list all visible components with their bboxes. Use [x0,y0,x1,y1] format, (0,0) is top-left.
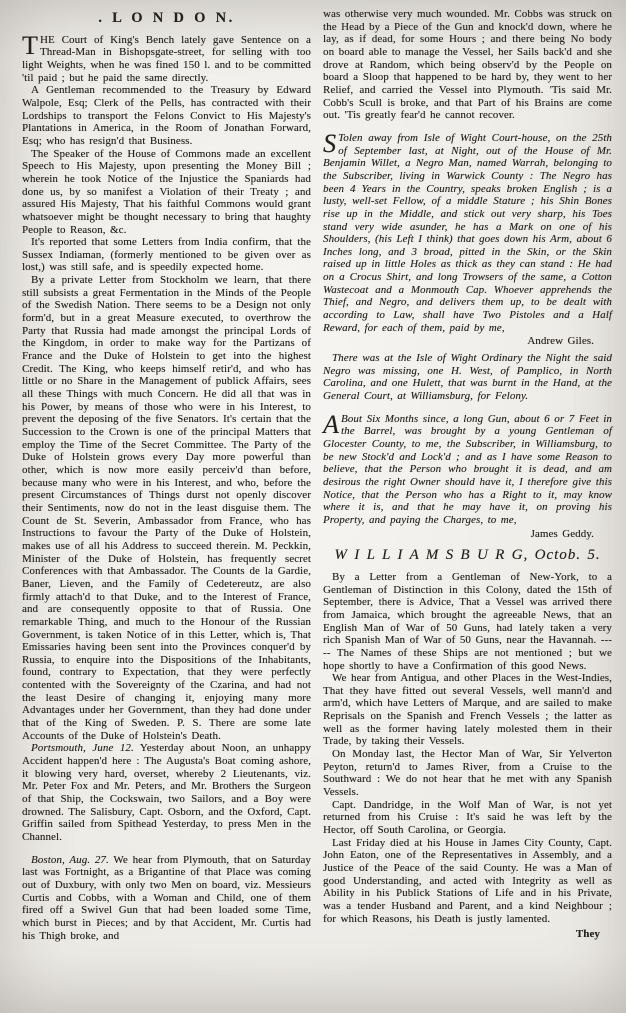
article-kings-bench: THE Court of King's Bench lately gave Se… [22,34,311,85]
williamsburg-heading: W I L L I A M S B U R G, Octob. 5. [323,549,612,562]
article-treasury-contract: A Gentleman recommended to the Treasury … [22,84,311,147]
article-isle-of-wight-ordinary: There was at the Isle of Wight Ordinary … [323,352,612,403]
article-stockholm-letter: By a private Letter from Stockholm we le… [22,274,311,742]
article-john-eaton-obituary: Last Friday died at his House in James C… [323,837,612,926]
dropcap-a: A [323,413,341,435]
article-boston-text: We hear from Plymouth, that on Saturday … [22,854,311,942]
boston-dateline: Boston, Aug. 27. [31,854,109,866]
london-heading: . L O N D O N. [22,12,311,25]
ad-runaway-negro-text: Tolen away from Isle of Wight Court-hous… [323,132,612,334]
right-column: was otherwise very much wounded. Mr. Cob… [323,8,612,1013]
article-hector-return: On Monday last, the Hector Man of War, S… [323,748,612,799]
newspaper-page: . L O N D O N. THE Court of King's Bench… [0,0,626,1013]
article-sussex-indiaman: It's reported that some Letters from Ind… [22,236,311,274]
williamsburg-heading-date: Octob. 5. [528,547,600,563]
article-kings-bench-text: HE Court of King's Bench lately gave Sen… [22,34,311,84]
article-speaker-speech: The Speaker of the House of Commons made… [22,148,311,237]
dropcap-s: S [323,132,338,154]
article-antigua-reprisals: We hear from Antigua, and other Places i… [323,672,612,748]
williamsburg-heading-city: W I L L I A M S B U R G, [334,547,528,563]
dropcap-t: T [22,34,40,56]
article-boston: Boston, Aug. 27. We hear from Plymouth, … [22,854,311,943]
article-cobbs-continuation: was otherwise very much wounded. Mr. Cob… [323,8,612,122]
article-new-york-letter: By a Letter from a Gentleman of New-York… [323,571,612,672]
catchword: They [323,928,612,941]
ad-long-gun-signature: James Geddy. [323,528,612,541]
article-portsmouth-text: Yesterday about Noon, an unhappy Acciden… [22,742,311,843]
ad-long-gun-text: Bout Six Months since, a long Gun, about… [323,413,612,526]
article-dandridge-wolf: Capt. Dandridge, in the Wolf Man of War,… [323,799,612,837]
left-column: . L O N D O N. THE Court of King's Bench… [22,8,311,1013]
ad-runaway-signature: Andrew Giles. [323,335,612,348]
portsmouth-dateline: Portsmouth, June 12. [31,742,134,754]
article-portsmouth: Portsmouth, June 12. Yesterday about Noo… [22,742,311,843]
page-columns: . L O N D O N. THE Court of King's Bench… [22,8,612,1013]
ad-runaway-negro: STolen away from Isle of Wight Court-hou… [323,132,612,335]
ad-long-gun: ABout Six Months since, a long Gun, abou… [323,413,612,527]
